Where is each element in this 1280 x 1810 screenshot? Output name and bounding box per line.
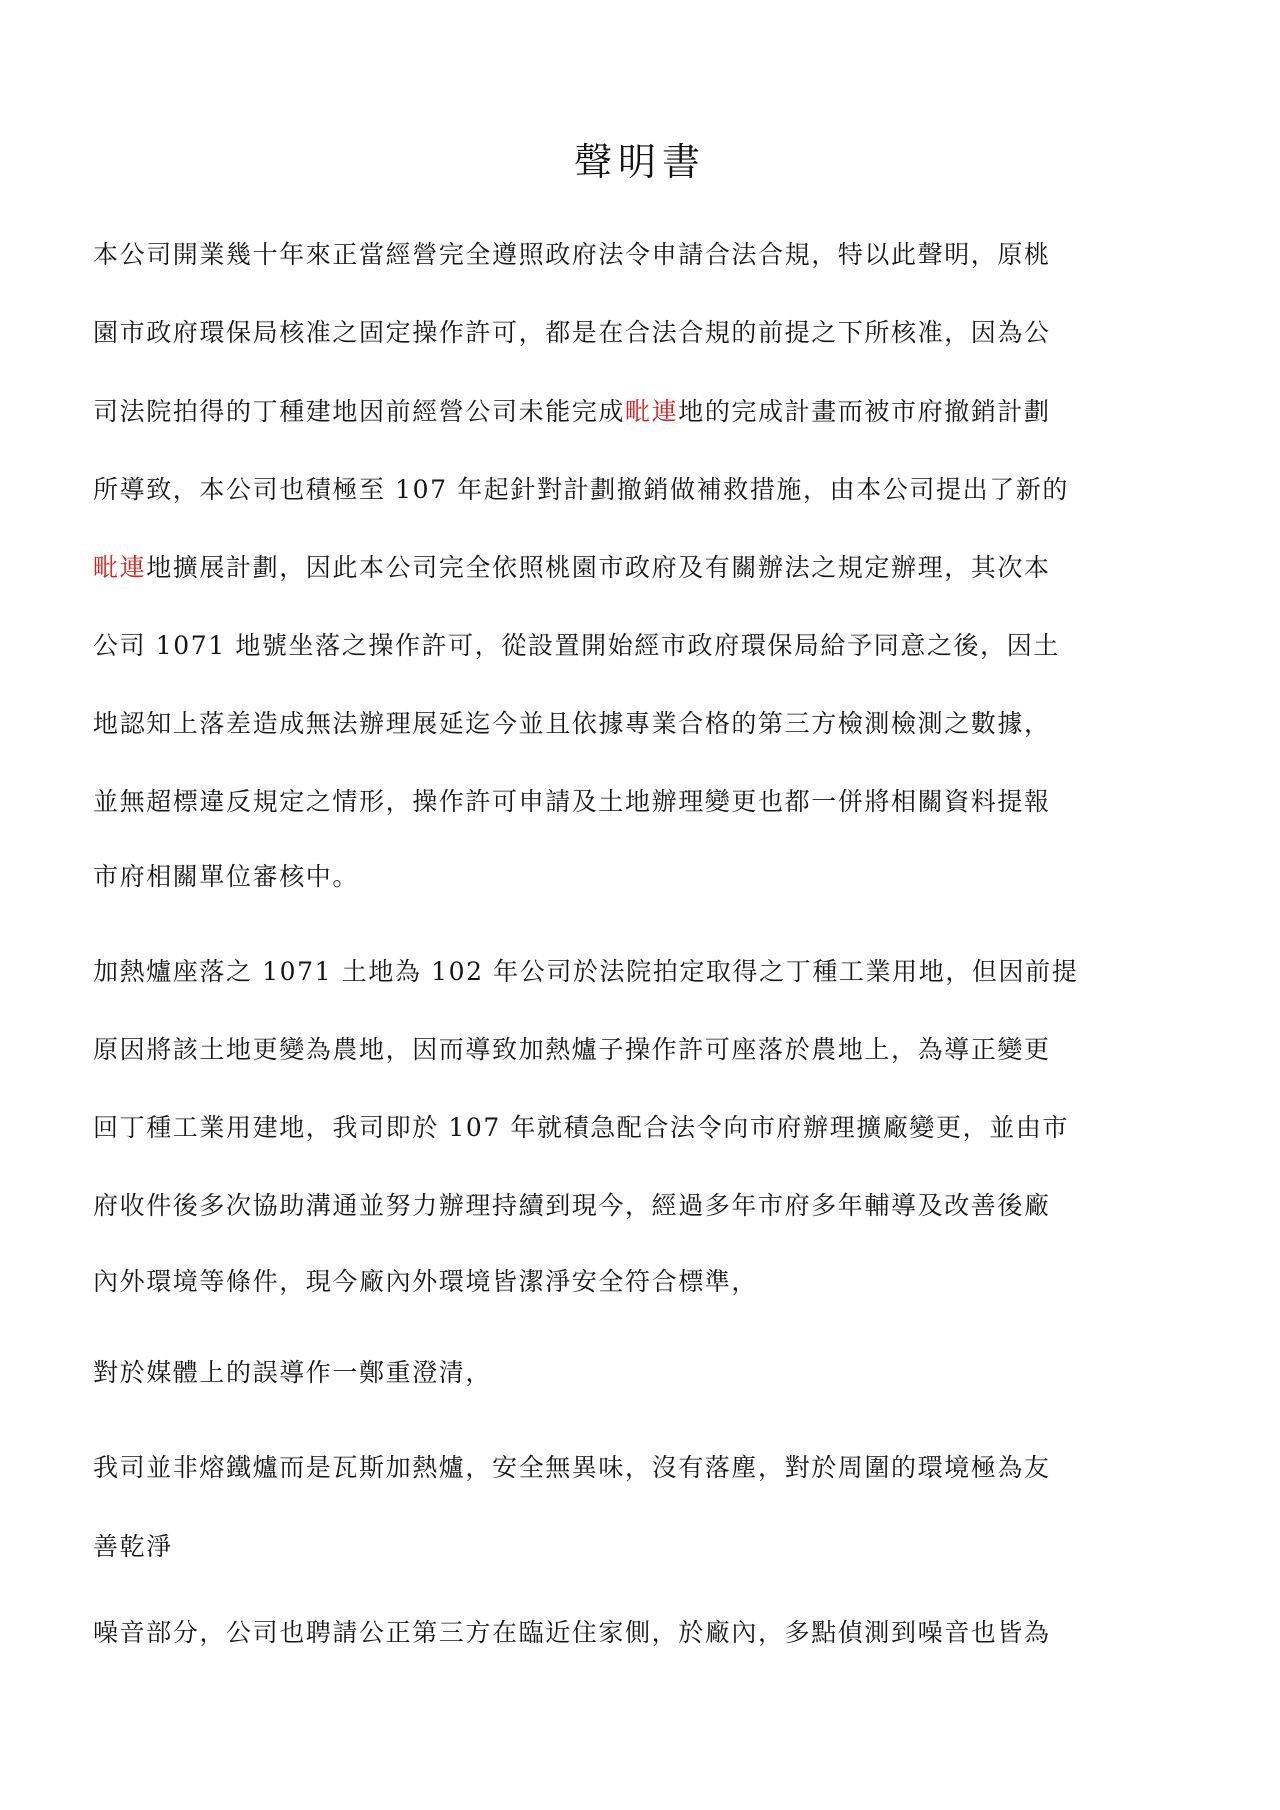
text-line: 善乾淨 — [93, 1530, 1183, 1564]
text-line: 地認知上落差造成無法辦理展延迄今並且依據專業合格的第三方檢測檢測之數據， — [93, 707, 1183, 741]
highlighted-term: 毗連 — [93, 553, 146, 582]
text-line: 加熱爐座落之 1071 土地為 102 年公司於法院拍定取得之丁種工業用地，但因… — [93, 955, 1183, 989]
text-line: 回丁種工業用建地，我司即於 107 年就積急配合法令向市府辦理擴廠變更，並由市 — [93, 1111, 1183, 1145]
text-line: 府收件後多次協助溝通並努力辦理持續到現今，經過多年市府多年輔導及改善後廠 — [93, 1189, 1183, 1223]
document-page: 聲明書 本公司開業幾十年來正當經營完全遵照政府法令申請合法合規，特以此聲明，原桃… — [0, 0, 1280, 1810]
text-line: 對於媒體上的誤導作一鄭重澄清， — [93, 1356, 1183, 1390]
text-line: 公司 1071 地號坐落之操作許可，從設置開始經市政府環保局給予同意之後，因土 — [93, 629, 1183, 663]
text-line: 園市政府環保局核准之固定操作許可，都是在合法合規的前提之下所核准，因為公 — [93, 316, 1183, 350]
highlighted-term: 毗連 — [625, 397, 678, 426]
document-title: 聲明書 — [0, 138, 1280, 186]
text-line: 市府相關單位審核中。 — [93, 860, 1183, 894]
text-line: 並無超標違反規定之情形，操作許可申請及土地辦理變更也都一併將相關資料提報 — [93, 785, 1183, 819]
text-line: 司法院拍得的丁種建地因前經營公司未能完成毗連地的完成計畫而被市府撤銷計劃 — [93, 395, 1183, 429]
text-line: 噪音部分，公司也聘請公正第三方在臨近住家側，於廠內，多點偵測到噪音也皆為 — [93, 1616, 1183, 1650]
text-line: 所導致，本公司也積極至 107 年起針對計劃撤銷做補救措施，由本公司提出了新的 — [93, 473, 1183, 507]
text-line: 本公司開業幾十年來正當經營完全遵照政府法令申請合法合規，特以此聲明，原桃 — [93, 238, 1183, 272]
text-line: 我司並非熔鐵爐而是瓦斯加熱爐，安全無異味，沒有落塵，對於周圍的環境極為友 — [93, 1451, 1183, 1485]
text-line: 內外環境等條件，現今廠內外環境皆潔淨安全符合標準， — [93, 1265, 1183, 1299]
text-line: 毗連地擴展計劃，因此本公司完全依照桃園市政府及有關辦法之規定辦理，其次本 — [93, 551, 1183, 585]
text-line: 原因將該土地更變為農地，因而導致加熱爐子操作許可座落於農地上，為導正變更 — [93, 1033, 1183, 1067]
